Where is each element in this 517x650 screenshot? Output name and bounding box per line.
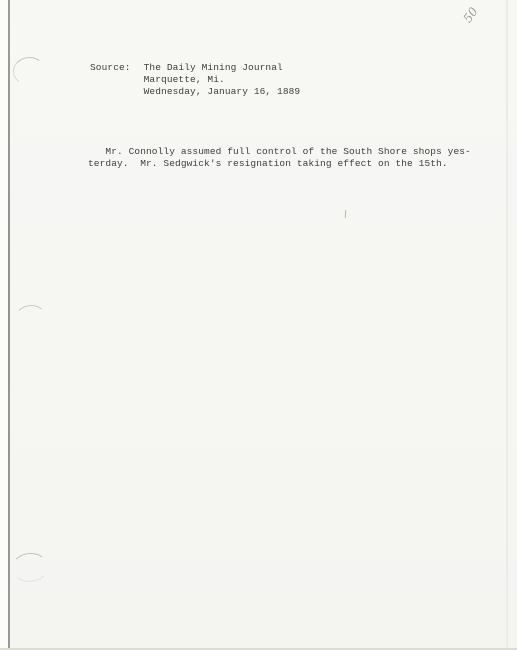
source-citation: Source: The Daily Mining Journal Marquet…: [90, 62, 300, 98]
article-paragraph: Mr. Connolly assumed full control of the…: [88, 146, 471, 170]
handwritten-annotation: 50: [461, 5, 481, 26]
hole-punch-mark: [11, 551, 49, 583]
hole-punch-mark: [12, 55, 47, 86]
paragraph-line-2: terday. Mr. Sedgwick's resignation takin…: [88, 158, 471, 170]
scan-margin-strip: [0, 0, 8, 650]
page-right-edge-shading: [506, 0, 508, 650]
source-line-location: Marquette, Mi.: [144, 74, 301, 86]
stray-scan-mark: [345, 210, 347, 218]
page-edge-shadow: [8, 0, 10, 650]
source-label: Source:: [90, 62, 131, 74]
paragraph-line-1: Mr. Connolly assumed full control of the…: [88, 146, 471, 158]
source-line-journal: The Daily Mining Journal: [144, 62, 301, 74]
source-lines: The Daily Mining Journal Marquette, Mi. …: [144, 62, 301, 98]
scanned-page: 50 Source: The Daily Mining Journal Marq…: [0, 0, 517, 650]
hole-punch-mark: [14, 304, 48, 334]
source-line-date: Wednesday, January 16, 1889: [144, 86, 301, 98]
